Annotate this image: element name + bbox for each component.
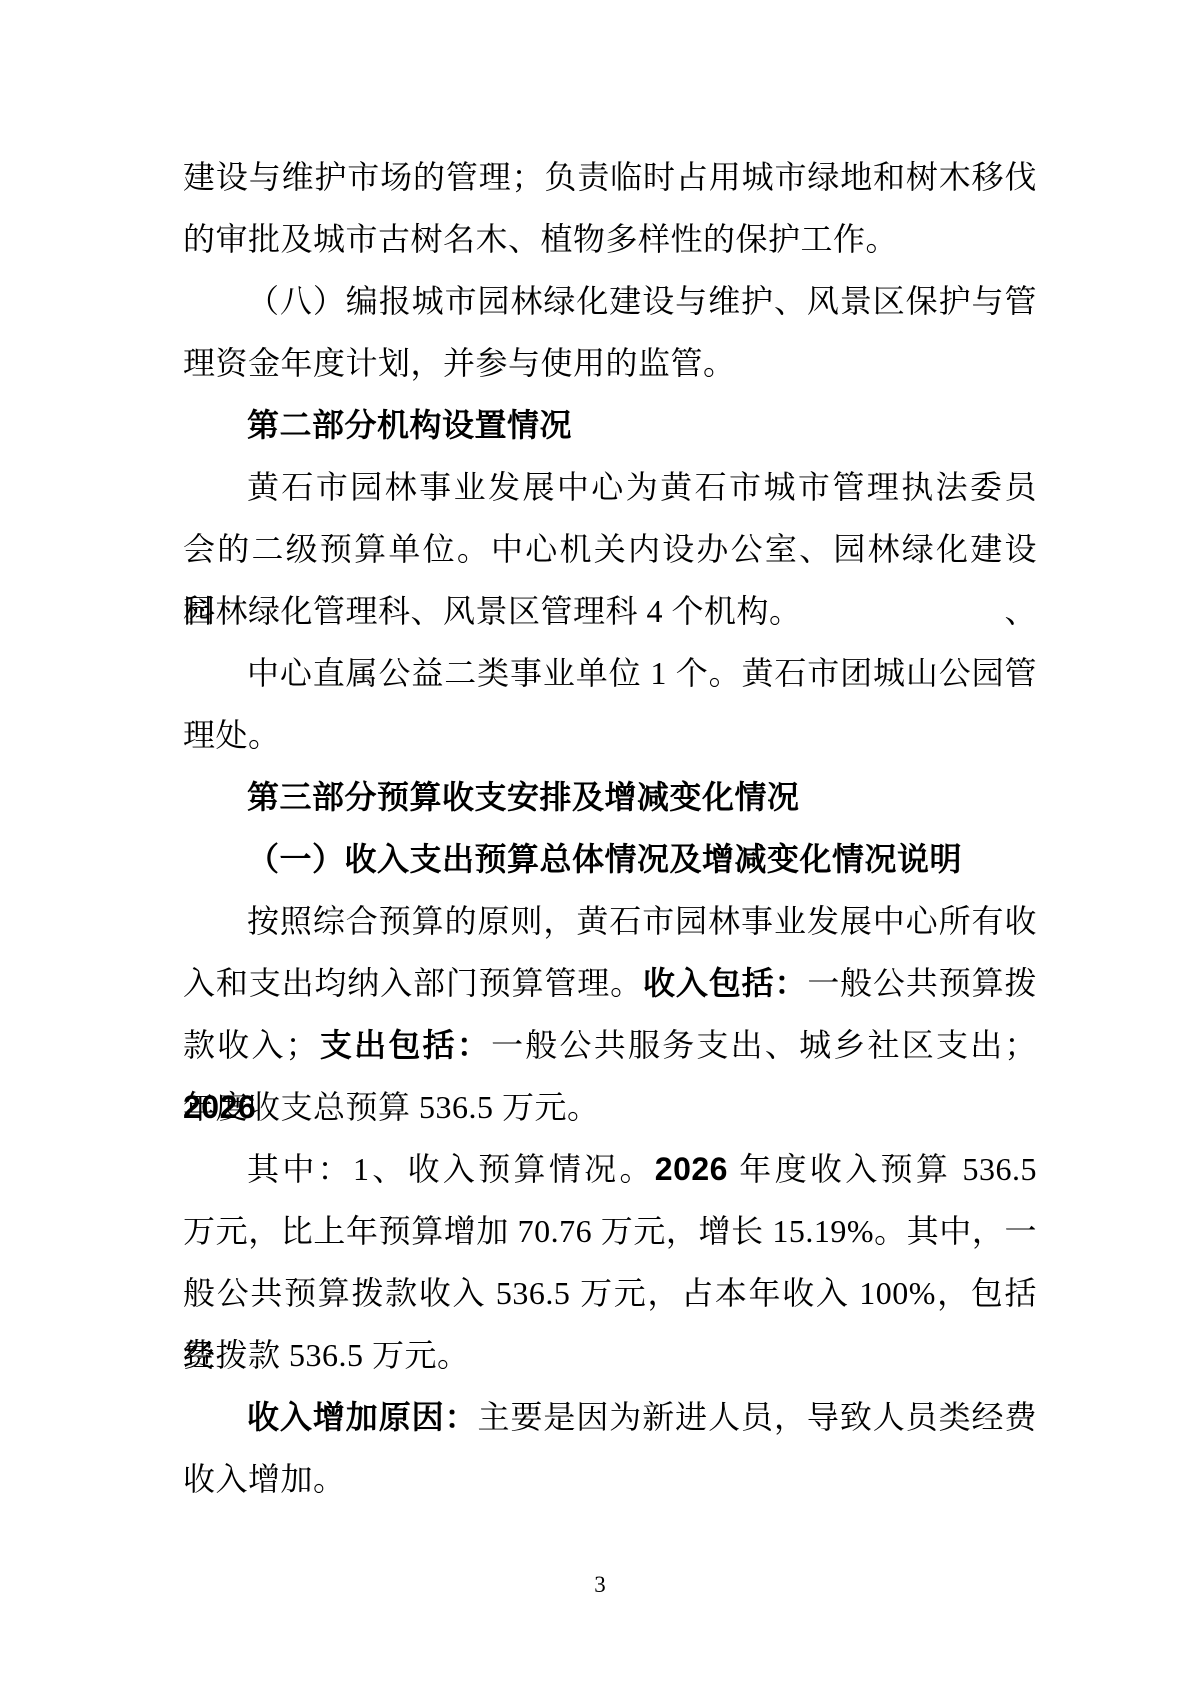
para-line-affiliate-cont: 理处。 (183, 704, 1037, 766)
bold-text-run: 第三部分预算收支安排及增减变化情况 (247, 779, 800, 815)
heading-part3: 第三部分预算收支安排及增减变化情况 (183, 766, 1037, 828)
para-line-increase-reason-cont: 收入增加。 (183, 1448, 1037, 1510)
text-run: 入和支出均纳入部门预算管理。 (183, 965, 643, 1001)
text-run: 年度收入预算 536.5 (728, 1151, 1037, 1187)
para-line-budget-cont2: 款收入；支出包括：一般公共服务支出、城乡社区支出；2026 (183, 1014, 1037, 1076)
bold-text-run: 2026 (655, 1151, 728, 1187)
document-page: 建设与维护市场的管理；负责临时占用城市绿地和树木移伐的审批及城市古树名木、植物多… (0, 0, 1200, 1697)
text-run: 一般公共预算拨 (807, 965, 1037, 1001)
text-run: 费拨款 536.5 万元。 (183, 1337, 470, 1373)
para-line-org-cont1: 会的二级预算单位。中心机关内设办公室、园林绿化建设科、 (183, 518, 1037, 580)
subheading-overview: （一）收入支出预算总体情况及增减变化情况说明 (183, 828, 1037, 890)
text-run: 按照综合预算的原则，黄石市园林事业发展中心所有收 (247, 903, 1037, 939)
heading-part2: 第二部分机构设置情况 (183, 394, 1037, 456)
para-line-budget-start: 按照综合预算的原则，黄石市园林事业发展中心所有收 (183, 890, 1037, 952)
text-run: 年度收支总预算 536.5 万元。 (183, 1089, 600, 1125)
para-line-income-cont2: 般公共预算拨款收入 536.5 万元，占本年收入 100%，包括经 (183, 1262, 1037, 1324)
para-line-duty8-cont: 理资金年度计划，并参与使用的监管。 (183, 332, 1037, 394)
text-run: 理处。 (183, 717, 281, 753)
text-run: 园林绿化管理科、风景区管理科 4 个机构。 (183, 593, 802, 629)
text-run: 万元，比上年预算增加 70.76 万元，增长 15.19%。其中，一 (183, 1213, 1037, 1249)
para-line-org-start: 黄石市园林事业发展中心为黄石市城市管理执法委员 (183, 456, 1037, 518)
bold-text-run: 支出包括： (318, 1027, 491, 1063)
para-line-income-cont3: 费拨款 536.5 万元。 (183, 1324, 1037, 1386)
bold-text-run: （一）收入支出预算总体情况及增减变化情况说明 (247, 841, 962, 877)
bold-text-run: 收入增加原因： (247, 1399, 478, 1435)
text-run: （八）编报城市园林绿化建设与维护、风景区保护与管 (247, 283, 1037, 319)
text-run: 黄石市园林事业发展中心为黄石市城市管理执法委员 (247, 469, 1037, 505)
para-line-duty7-cont2: 的审批及城市古树名木、植物多样性的保护工作。 (183, 208, 1037, 270)
para-line-budget-cont3: 年度收支总预算 536.5 万元。 (183, 1076, 1037, 1138)
text-run: 建设与维护市场的管理；负责临时占用城市绿地和树木移伐 (183, 159, 1037, 195)
text-run: 一般公共服务支出、城乡社区支出； (491, 1027, 1037, 1063)
text-run: 的审批及城市古树名木、植物多样性的保护工作。 (183, 221, 898, 257)
para-line-duty8-start: （八）编报城市园林绿化建设与维护、风景区保护与管 (183, 270, 1037, 332)
page-footer: 3 (0, 1572, 1200, 1598)
text-run: 理资金年度计划，并参与使用的监管。 (183, 345, 736, 381)
text-run: 款收入； (183, 1027, 318, 1063)
para-line-income-cont1: 万元，比上年预算增加 70.76 万元，增长 15.19%。其中，一 (183, 1200, 1037, 1262)
para-line-increase-reason-start: 收入增加原因：主要是因为新进人员，导致人员类经费 (183, 1386, 1037, 1448)
para-line-duty7-cont1: 建设与维护市场的管理；负责临时占用城市绿地和树木移伐 (183, 146, 1037, 208)
document-body: 建设与维护市场的管理；负责临时占用城市绿地和树木移伐的审批及城市古树名木、植物多… (183, 146, 1037, 1510)
text-run: 主要是因为新进人员，导致人员类经费 (478, 1399, 1037, 1435)
text-run: 中心直属公益二类事业单位 1 个。黄石市团城山公园管 (247, 655, 1037, 691)
para-line-budget-cont1: 入和支出均纳入部门预算管理。收入包括：一般公共预算拨 (183, 952, 1037, 1014)
bold-text-run: 收入包括： (643, 965, 807, 1001)
bold-text-run: 第二部分机构设置情况 (247, 407, 572, 443)
text-run: 收入增加。 (183, 1461, 346, 1497)
para-line-affiliate-start: 中心直属公益二类事业单位 1 个。黄石市团城山公园管 (183, 642, 1037, 704)
text-run: 其中：1、收入预算情况。 (247, 1151, 655, 1187)
page-number: 3 (594, 1572, 606, 1597)
para-line-income-start: 其中：1、收入预算情况。2026 年度收入预算 536.5 (183, 1138, 1037, 1200)
